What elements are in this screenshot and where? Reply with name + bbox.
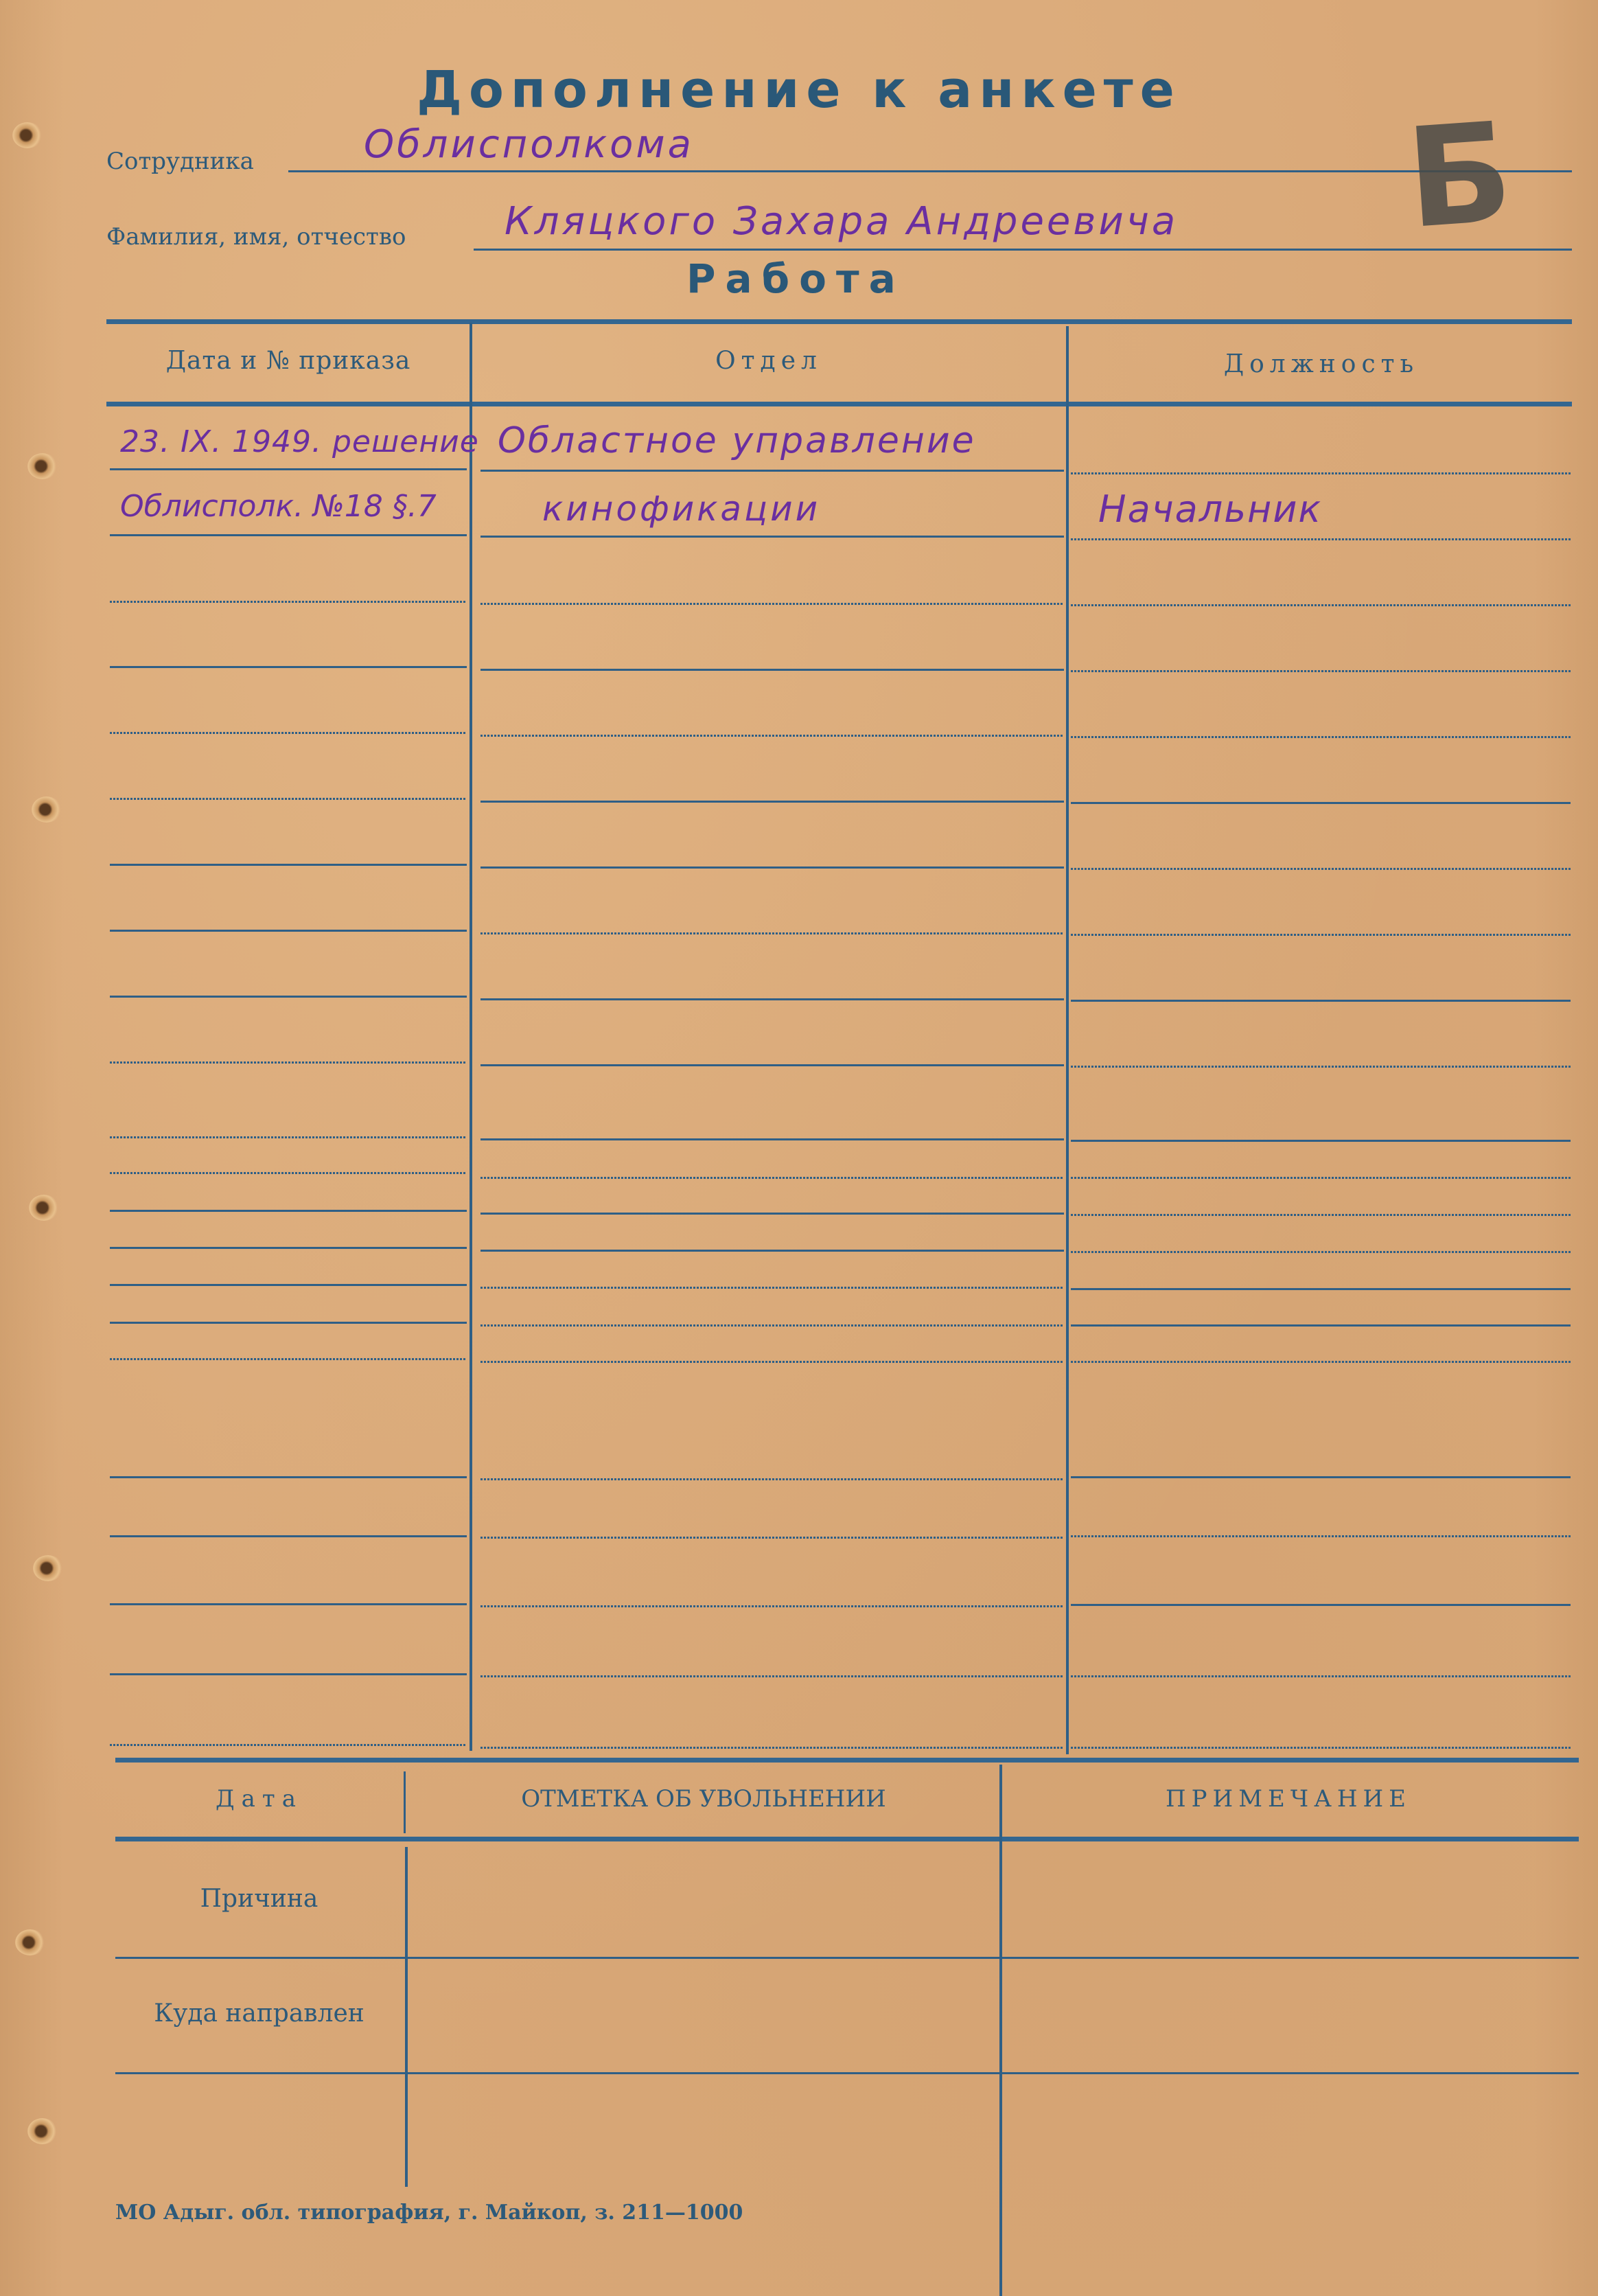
employee-field-line xyxy=(288,170,1572,172)
pencil-mark: Б xyxy=(1402,93,1517,260)
binding-hole xyxy=(33,1555,63,1581)
work-row-2-position[interactable]: Начальник xyxy=(1098,487,1322,531)
work-row-1-department[interactable]: Областное управление xyxy=(498,420,976,461)
fullname-label: Фамилия, имя, отчество xyxy=(106,223,406,251)
form-title: Дополнение к анкете xyxy=(0,60,1598,119)
binding-hole xyxy=(27,2118,58,2144)
column-header-department: Отдел xyxy=(474,347,1064,375)
dismissal-header-note: ПРИМЕЧАНИЕ xyxy=(1004,1785,1573,1813)
work-row-1-date[interactable]: 23. IX. 1949. решение xyxy=(120,424,479,459)
work-row-2-date[interactable]: Облисполк. №18 §.7 xyxy=(120,489,437,524)
dismissal-header-mark: ОТМЕТКА ОБ УВОЛЬНЕНИИ xyxy=(408,1785,999,1813)
employee-label: Сотрудника xyxy=(106,148,254,175)
column-header-position: Должность xyxy=(1071,350,1572,378)
column-header-date: Дата и № приказа xyxy=(110,347,467,375)
dismissal-note-cell[interactable] xyxy=(1004,1844,1573,1953)
dismissal-header-date: Дата xyxy=(117,1785,402,1813)
binding-hole xyxy=(15,1929,45,1955)
work-row-2-department[interactable]: кинофикации xyxy=(542,489,820,529)
binding-hole xyxy=(12,122,43,148)
dismissal-reason-cell[interactable] xyxy=(409,1844,997,1953)
employee-field[interactable]: Облисполкома xyxy=(364,122,694,167)
section-title: Работа xyxy=(686,255,905,302)
printer-imprint: МО Адыг. обл. типография, г. Майкоп, з. … xyxy=(115,2201,743,2225)
dismissal-destination-label: Куда направлен xyxy=(117,1999,402,2028)
binding-hole xyxy=(32,796,62,823)
binding-hole xyxy=(27,453,58,479)
dismissal-destination-note-cell[interactable] xyxy=(1004,1962,1573,2069)
dismissal-reason-label: Причина xyxy=(117,1885,402,1913)
binding-hole xyxy=(29,1195,59,1221)
dismissal-destination-cell[interactable] xyxy=(409,1962,997,2069)
fullname-field[interactable]: Кляцкого Захара Андреевича xyxy=(505,199,1178,244)
fullname-field-line xyxy=(474,249,1572,251)
